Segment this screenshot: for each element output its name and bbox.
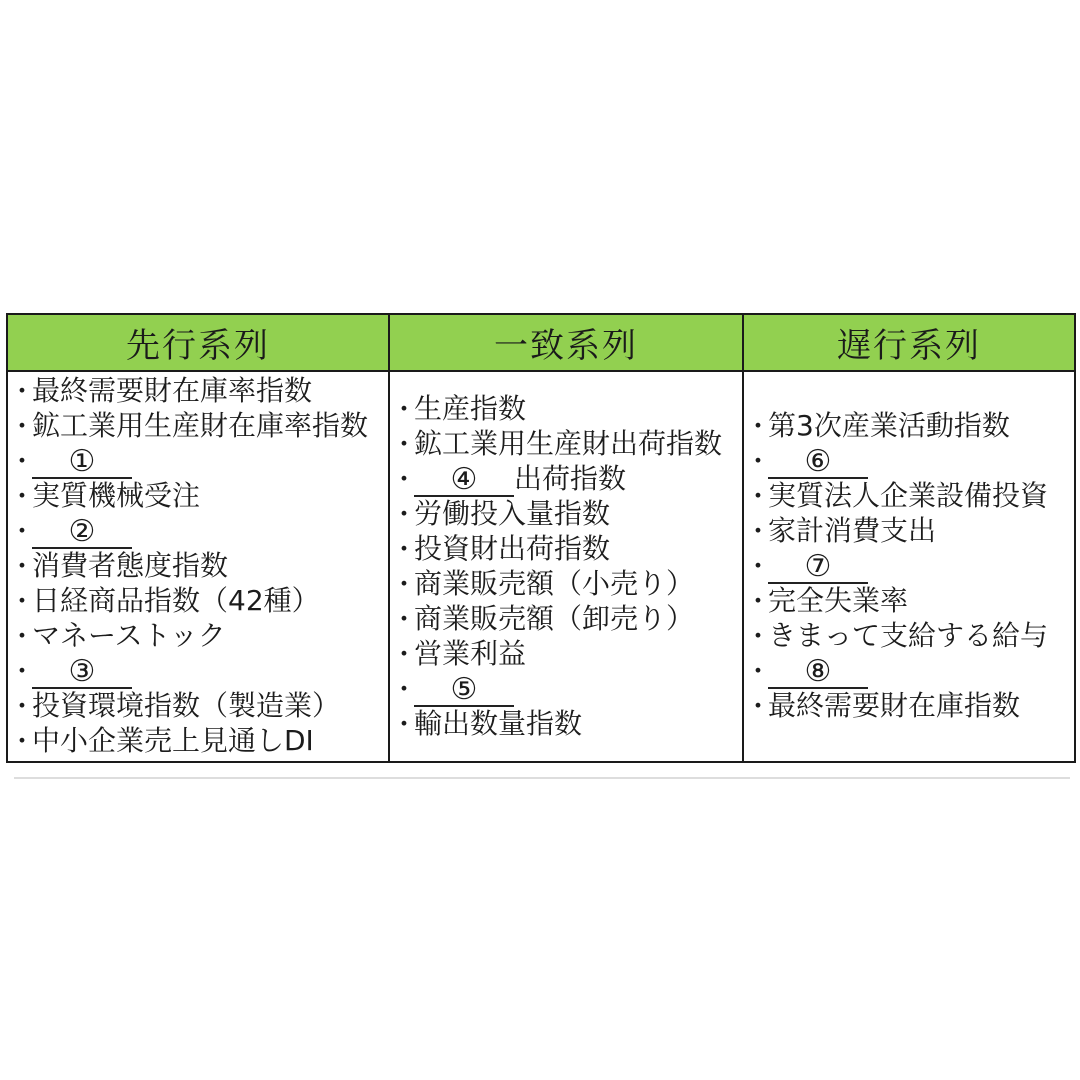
bullet: ・ — [398, 604, 414, 637]
bullet: ・ — [398, 429, 414, 462]
bullet: ・ — [752, 516, 768, 549]
bullet: ・ — [16, 621, 32, 654]
indicator-label: 鉱工業用生産財出荷指数 — [414, 427, 722, 460]
bullet: ・ — [16, 481, 32, 514]
lagging-series-list: ・第3次産業活動指数・⑥・実質法人企業設備投資・家計消費支出・⑦・完全失業率・き… — [752, 409, 1072, 724]
circled-number: ⑦ — [805, 549, 832, 584]
bullet: ・ — [398, 639, 414, 672]
blank-item: ・⑦ — [752, 549, 1072, 584]
bullet: ・ — [398, 569, 414, 602]
indicator-label: マネーストック — [32, 619, 226, 652]
bullet: ・ — [398, 709, 414, 742]
indicator-item: ・商業販売額（卸売り） — [398, 602, 740, 637]
blank-item: ・③ — [16, 654, 386, 689]
blank-item: ・⑥ — [752, 444, 1072, 479]
indicator-label: 商業販売額（卸売り） — [414, 602, 694, 635]
indicator-item: ・家計消費支出 — [752, 514, 1072, 549]
indicator-label: 投資財出荷指数 — [414, 532, 610, 565]
blank-item: ・⑧ — [752, 654, 1072, 689]
indicator-item: ・鉱工業用生産財在庫率指数 — [16, 409, 386, 444]
blank-suffix: 出荷指数 — [514, 462, 626, 495]
blank-underline: ⑧ — [768, 656, 868, 689]
indicator-item: ・営業利益 — [398, 637, 740, 672]
indicator-label: 日経商品指数（42種） — [32, 584, 320, 617]
page-background: 先行系列 一致系列 遅行系列 ・最終需要財在庫率指数・鉱工業用生産財在庫率指数・… — [0, 0, 1080, 1080]
header-row: 先行系列 一致系列 遅行系列 — [7, 314, 1075, 371]
blank-underline: ④ — [414, 464, 514, 497]
leading-series-list: ・最終需要財在庫率指数・鉱工業用生産財在庫率指数・①・実質機械受注・②・消費者態… — [16, 374, 386, 759]
indicator-label: 実質法人企業設備投資 — [768, 479, 1048, 512]
indicator-item: ・実質法人企業設備投資 — [752, 479, 1072, 514]
bullet: ・ — [16, 376, 32, 409]
bullet: ・ — [398, 464, 414, 497]
bullet: ・ — [16, 586, 32, 619]
bullet: ・ — [16, 656, 32, 689]
bullet: ・ — [16, 551, 32, 584]
blank-item: ・① — [16, 444, 386, 479]
blank-underline: ⑥ — [768, 446, 868, 479]
bullet: ・ — [752, 691, 768, 724]
indicator-item: ・輸出数量指数 — [398, 707, 740, 742]
indicator-label: 実質機械受注 — [32, 479, 200, 512]
circled-number: ③ — [69, 654, 96, 689]
indicator-label: 消費者態度指数 — [32, 549, 228, 582]
blank-underline: ⑤ — [414, 674, 514, 707]
indicator-label: 商業販売額（小売り） — [414, 567, 694, 600]
indicator-item: ・投資財出荷指数 — [398, 532, 740, 567]
bullet: ・ — [16, 411, 32, 444]
indicator-item: ・最終需要財在庫指数 — [752, 689, 1072, 724]
bullet: ・ — [752, 481, 768, 514]
indicator-label: 生産指数 — [414, 392, 526, 425]
indicator-label: 投資環境指数（製造業） — [32, 689, 340, 722]
bullet: ・ — [16, 691, 32, 724]
circled-number: ① — [69, 444, 96, 479]
indicator-label: 最終需要財在庫率指数 — [32, 374, 312, 407]
table-bottom-shadow — [14, 777, 1070, 779]
blank-item: ・② — [16, 514, 386, 549]
blank-underline: ③ — [32, 656, 132, 689]
indicator-label: 最終需要財在庫指数 — [768, 689, 1020, 722]
indicator-label: 営業利益 — [414, 637, 526, 670]
indicator-label: 完全失業率 — [768, 584, 908, 617]
blank-item: ・⑤ — [398, 672, 740, 707]
blank-underline: ⑦ — [768, 551, 868, 584]
indicator-item: ・実質機械受注 — [16, 479, 386, 514]
bullet: ・ — [752, 621, 768, 654]
column-header-lagging: 遅行系列 — [743, 314, 1075, 371]
bullet: ・ — [752, 656, 768, 689]
indicator-item: ・日経商品指数（42種） — [16, 584, 386, 619]
indicator-item: ・労働投入量指数 — [398, 497, 740, 532]
bullet: ・ — [16, 446, 32, 479]
circled-number: ② — [69, 514, 96, 549]
bullet: ・ — [398, 534, 414, 567]
indicator-label: 労働投入量指数 — [414, 497, 610, 530]
circled-number: ⑧ — [805, 654, 832, 689]
bullet: ・ — [16, 726, 32, 759]
indicator-item: ・商業販売額（小売り） — [398, 567, 740, 602]
indicator-item: ・生産指数 — [398, 392, 740, 427]
bullet: ・ — [752, 411, 768, 444]
indicator-item: ・投資環境指数（製造業） — [16, 689, 386, 724]
indicator-label: 第3次産業活動指数 — [768, 409, 1010, 442]
blank-underline: ① — [32, 446, 132, 479]
blank-item: ・④出荷指数 — [398, 462, 740, 497]
column-header-coincident: 一致系列 — [389, 314, 743, 371]
indicator-item: ・中小企業売上見通しDI — [16, 724, 386, 759]
indicator-item: ・最終需要財在庫率指数 — [16, 374, 386, 409]
indicator-table: 先行系列 一致系列 遅行系列 ・最終需要財在庫率指数・鉱工業用生産財在庫率指数・… — [6, 313, 1076, 763]
indicator-item: ・きまって支給する給与 — [752, 619, 1072, 654]
bullet: ・ — [398, 499, 414, 532]
coincident-series-list: ・生産指数・鉱工業用生産財出荷指数・④出荷指数・労働投入量指数・投資財出荷指数・… — [398, 392, 740, 742]
cell-lagging-series: ・第3次産業活動指数・⑥・実質法人企業設備投資・家計消費支出・⑦・完全失業率・き… — [743, 371, 1075, 762]
bullet: ・ — [398, 394, 414, 427]
circled-number: ⑤ — [451, 672, 478, 707]
indicator-label: 中小企業売上見通しDI — [32, 724, 314, 757]
indicator-label: 輸出数量指数 — [414, 707, 582, 740]
indicator-item: ・第3次産業活動指数 — [752, 409, 1072, 444]
indicator-item: ・完全失業率 — [752, 584, 1072, 619]
indicator-label: 鉱工業用生産財在庫率指数 — [32, 409, 368, 442]
indicator-label: きまって支給する給与 — [768, 619, 1048, 652]
indicator-item: ・消費者態度指数 — [16, 549, 386, 584]
cell-leading-series: ・最終需要財在庫率指数・鉱工業用生産財在庫率指数・①・実質機械受注・②・消費者態… — [7, 371, 389, 762]
cell-coincident-series: ・生産指数・鉱工業用生産財出荷指数・④出荷指数・労働投入量指数・投資財出荷指数・… — [389, 371, 743, 762]
indicator-item: ・鉱工業用生産財出荷指数 — [398, 427, 740, 462]
circled-number: ⑥ — [805, 444, 832, 479]
bullet: ・ — [752, 586, 768, 619]
bullet: ・ — [752, 446, 768, 479]
bullet: ・ — [398, 674, 414, 707]
column-header-leading: 先行系列 — [7, 314, 389, 371]
indicator-label: 家計消費支出 — [768, 514, 936, 547]
bullet: ・ — [16, 516, 32, 549]
bullet: ・ — [752, 551, 768, 584]
body-row: ・最終需要財在庫率指数・鉱工業用生産財在庫率指数・①・実質機械受注・②・消費者態… — [7, 371, 1075, 762]
indicator-item: ・マネーストック — [16, 619, 386, 654]
circled-number: ④ — [451, 462, 478, 497]
blank-underline: ② — [32, 516, 132, 549]
